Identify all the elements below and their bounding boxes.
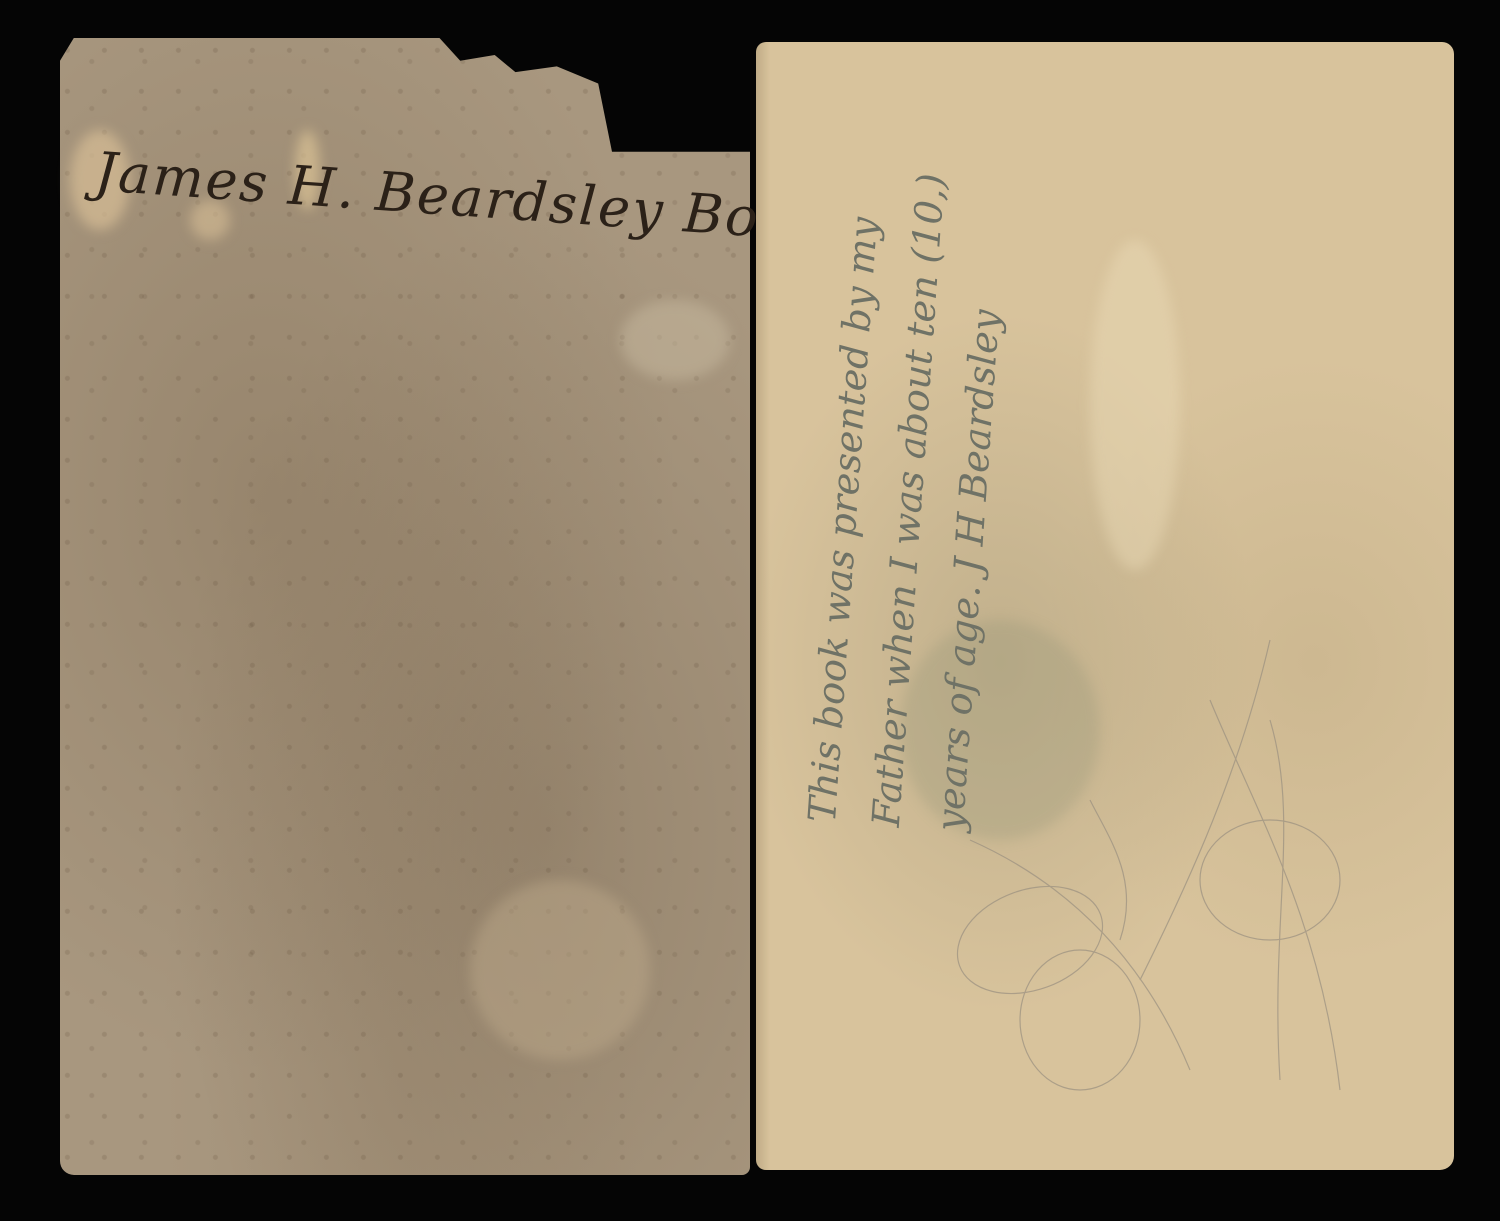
stain [1090, 240, 1180, 570]
stain [470, 880, 650, 1060]
pencil-scribbles [940, 620, 1360, 1100]
stain [620, 300, 730, 380]
